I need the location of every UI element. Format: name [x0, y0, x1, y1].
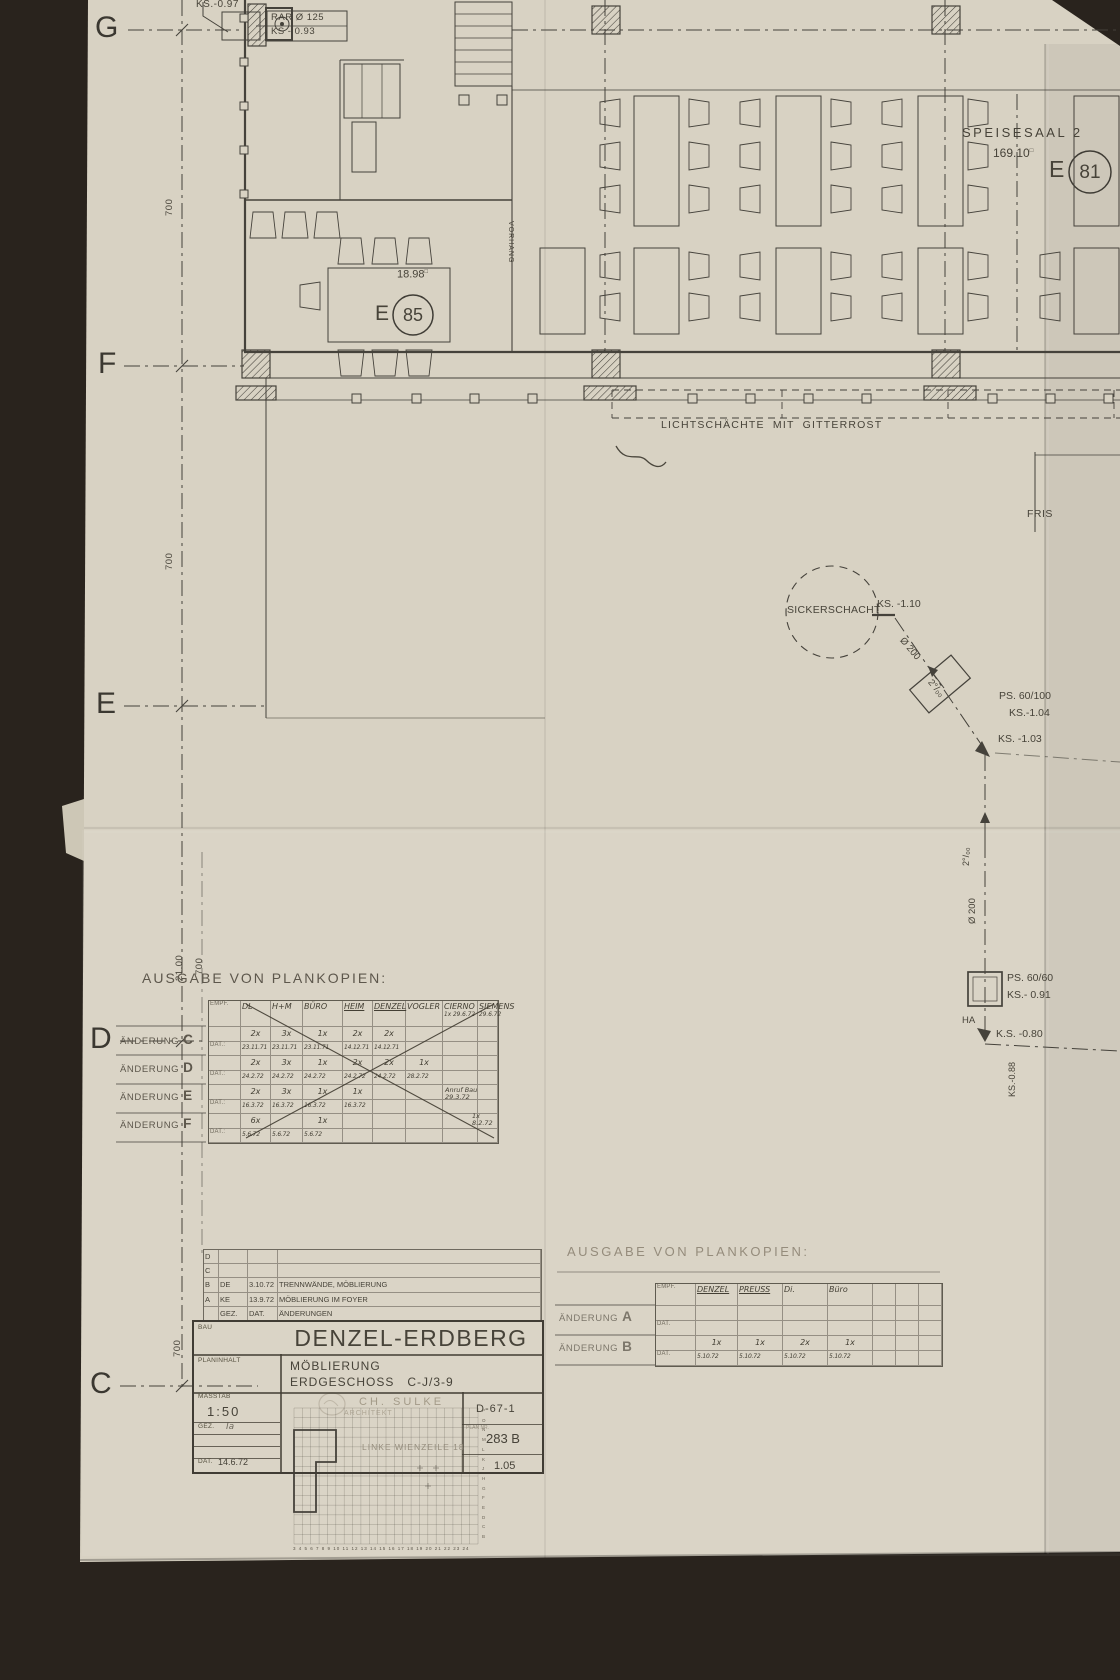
div-c: 2x: [783, 1336, 828, 1351]
div-c: 5.10.72: [696, 1351, 738, 1366]
i-c: [209, 1056, 241, 1071]
i-c: [896, 1306, 919, 1321]
rect: [1104, 394, 1113, 403]
div-c: DAT.: [248, 1307, 278, 1321]
room-area-speisesaal: 169.10□: [993, 147, 1033, 160]
table1-row-label-f: ÄNDERUNGF: [120, 1115, 191, 1133]
i-c: [919, 1284, 942, 1306]
label-ha: HA: [962, 1016, 975, 1026]
dim-700-mid: 700: [165, 553, 175, 570]
sheet-number: 283 B: [486, 1432, 520, 1446]
tag-e81-prefix: E: [1049, 157, 1064, 181]
dim-700-bottom: 700: [173, 1340, 183, 1357]
bau-label: BAU: [198, 1325, 212, 1332]
rect: [1046, 394, 1055, 403]
div-c: 24.2.72: [373, 1071, 406, 1086]
div-c: GEZ.: [219, 1307, 248, 1321]
stamp-address: LINKE WIENZEILE 18: [362, 1442, 465, 1452]
rect: [248, 4, 266, 46]
div-c: [443, 1071, 478, 1086]
grid-label-c: C: [90, 1368, 112, 1400]
span: 18.98: [397, 269, 425, 281]
div-c: 28.2.72: [406, 1071, 443, 1086]
div-c: BÜRO: [303, 1001, 343, 1027]
div-c: 1x: [343, 1085, 373, 1100]
i-c: [209, 1114, 241, 1129]
div-c: 3x: [271, 1056, 303, 1071]
label-ks091: KS.- 0.91: [1007, 990, 1051, 1001]
rect: [584, 386, 636, 400]
div-c: Büro: [828, 1284, 873, 1306]
div-c: MÖBLIERUNG IM FOYER: [278, 1293, 541, 1307]
div-c: [478, 1042, 498, 1057]
plan-content-1: MÖBLIERUNG: [290, 1360, 381, 1373]
div-ln: [194, 1392, 542, 1394]
rect: [470, 394, 479, 403]
div-c: [478, 1027, 498, 1042]
key-plan-numbers: 3 4 5 6 7 8 9 10 11 12 13 14 15 16 17 18…: [293, 1547, 470, 1552]
distribution-table-1: EMPF. DL H+M BÜRO HEIM DENZEL VOGLER CIE…: [208, 1000, 499, 1144]
div-c: DL: [241, 1001, 271, 1027]
span: ÄNDERUNG: [120, 1036, 179, 1047]
b: C: [183, 1032, 193, 1047]
grid-label-g: G: [95, 12, 118, 44]
tag-e85-prefix: E: [375, 303, 389, 325]
i-c: [896, 1336, 919, 1351]
div-c: [828, 1306, 873, 1321]
div-c: [738, 1306, 783, 1321]
div-c: 1x: [696, 1336, 738, 1351]
label-ks103: KS. -1.03: [998, 734, 1042, 745]
div-c: CIERNO1x 29.6.72: [443, 1001, 478, 1027]
rect: [240, 58, 248, 66]
plan-content-2: ERDGESCHOSS C-J/3-9: [290, 1376, 454, 1389]
span: ÄNDERUNG: [559, 1313, 618, 1324]
table1-note-anruf: Anruf Bau 29.3.72: [445, 1087, 477, 1101]
div-c: 14.12.71: [343, 1042, 373, 1057]
label-fris: FRIS: [1027, 509, 1053, 520]
div-c: 13.9.72: [248, 1293, 278, 1307]
div-c: 23.11.71: [303, 1042, 343, 1057]
div-c: [406, 1100, 443, 1115]
div-c: 1x: [303, 1114, 343, 1129]
div-c: [478, 1071, 498, 1086]
div-c: [406, 1129, 443, 1144]
masstab-label: MASSTAB: [198, 1394, 231, 1401]
label-ks093: KS - 0.93: [271, 27, 315, 37]
i-c: [278, 1250, 541, 1264]
div-c: 24.2.72: [271, 1071, 303, 1086]
i-c: [919, 1321, 942, 1336]
div-c: [738, 1321, 783, 1336]
revision-table: D C B DE 3.10.72 TRENNWÄNDE, MÖBLIERUNG …: [203, 1249, 542, 1322]
grid-label-e: E: [96, 688, 116, 720]
div-c: DAT.:: [209, 1129, 241, 1144]
table1-note-siemens: 1x 8.2.72: [472, 1113, 493, 1127]
stamp-name: CH. SULKE: [359, 1396, 444, 1408]
div-c: 2x: [241, 1027, 271, 1042]
div-c: 2x: [241, 1085, 271, 1100]
div-ln: [462, 1454, 542, 1455]
rect: [412, 394, 421, 403]
div-c: HEIM: [343, 1001, 373, 1027]
div-c: [478, 1100, 498, 1115]
span: ÄNDERUNG: [120, 1064, 179, 1075]
rect: [988, 394, 997, 403]
div-c: 3x: [271, 1027, 303, 1042]
div-c: [373, 1114, 406, 1129]
label-ks080: K.S. -0.80: [996, 1029, 1043, 1040]
rect: [236, 386, 276, 400]
label-ks104: KS.-1.04: [1009, 708, 1050, 719]
span: ÄNDERUNG: [559, 1343, 618, 1354]
div-ln: [462, 1392, 464, 1472]
div-c: [373, 1129, 406, 1144]
sqm-mark: □: [1030, 148, 1034, 154]
div-c: 2x: [343, 1027, 373, 1042]
index-number: 1.05: [494, 1461, 515, 1473]
div-c: [373, 1100, 406, 1115]
label-vorhang: VORHANG: [507, 221, 514, 263]
div-ln: [194, 1434, 280, 1435]
div-c: [443, 1027, 478, 1042]
key-plan-letters: P O N M L K J H G F E D C B: [482, 1406, 486, 1542]
rect: [242, 350, 270, 378]
div-c: [783, 1306, 828, 1321]
div-c: [696, 1321, 738, 1336]
div-c: [406, 1027, 443, 1042]
div-c: [696, 1306, 738, 1321]
div-c: VOGLER: [406, 1001, 443, 1027]
div-c: 16.3.72: [343, 1100, 373, 1115]
div-c: Di.: [783, 1284, 828, 1306]
div: SIEMENS: [479, 1002, 496, 1011]
div-c: ÄNDERUNGEN: [278, 1307, 541, 1321]
div-c: [271, 1114, 303, 1129]
i-c: [248, 1250, 278, 1264]
div-c: DAT.: [656, 1321, 696, 1336]
i-c: [209, 1085, 241, 1100]
div-c: TRENNWÄNDE, MÖBLIERUNG: [278, 1278, 541, 1292]
div-c: H+M: [271, 1001, 303, 1027]
distribution-table-2: EMPF. DENZEL PREUSS Di. Büro DAT. 1x1x 2…: [655, 1283, 943, 1367]
div-c: 24.2.72: [343, 1071, 373, 1086]
div-c: [373, 1085, 406, 1100]
div-c: 16.3.72: [303, 1100, 343, 1115]
div-c: 23.11.71: [271, 1042, 303, 1057]
div-c: 1x: [303, 1027, 343, 1042]
label-slope-vert: 2°/₀₀: [962, 847, 971, 866]
div-ln: [280, 1354, 282, 1472]
span: ÄNDERUNG: [120, 1120, 179, 1131]
plan-drawing: [0, 0, 1120, 1680]
i-c: [219, 1250, 248, 1264]
div-c: [406, 1085, 443, 1100]
div-c: [406, 1114, 443, 1129]
i-c: [219, 1264, 248, 1278]
label-ks110: KS. -1.10: [877, 599, 921, 610]
div-c: 5.10.72: [828, 1351, 873, 1366]
div-c: [343, 1129, 373, 1144]
i-c: [656, 1336, 696, 1351]
b: A: [622, 1309, 632, 1324]
div-c: DENZEL: [373, 1001, 406, 1027]
i-c: [656, 1306, 696, 1321]
div-c: 14.12.71: [373, 1042, 406, 1057]
rect: [746, 394, 755, 403]
rect: [240, 146, 248, 154]
rect: [240, 102, 248, 110]
i-c: [248, 1264, 278, 1278]
div-c: A: [204, 1293, 219, 1307]
i-c: [204, 1307, 219, 1321]
room-area-e85: 18.98□: [397, 269, 428, 281]
div-c: 6x: [241, 1114, 271, 1129]
label-lichtschaechte: LICHTSCHÄCHTE MIT GITTERROST: [661, 420, 882, 431]
span: 169.10: [993, 146, 1030, 160]
div-c: [443, 1056, 478, 1071]
div-sub: 29.6.72: [479, 1012, 496, 1018]
div-c: 5.10.72: [783, 1351, 828, 1366]
div-c: 3.10.72: [248, 1278, 278, 1292]
div-sub: 1x 29.6.72: [444, 1012, 476, 1018]
rect: [528, 394, 537, 403]
div-c: 24.2.72: [241, 1071, 271, 1086]
i-c: [873, 1306, 896, 1321]
div-c: D: [204, 1250, 219, 1264]
i-c: [873, 1321, 896, 1336]
div-c: 1x: [828, 1336, 873, 1351]
table1-heading: AUSGABE VON PLANKOPIEN:: [142, 971, 387, 986]
div-c: 1x: [303, 1085, 343, 1100]
div-c: 24.2.72: [303, 1071, 343, 1086]
tag-e81-number: 81: [1070, 163, 1110, 183]
rect: [932, 350, 960, 378]
div-c: 5.10.72: [738, 1351, 783, 1366]
div-c: DAT.: [656, 1351, 696, 1366]
table1-row-label-e: ÄNDERUNGE: [120, 1087, 192, 1105]
grid-label-f: F: [98, 348, 116, 380]
i-c: [873, 1351, 896, 1366]
rect: [240, 190, 248, 198]
dim-700-top: 700: [165, 199, 175, 216]
div: CIERNO: [444, 1002, 476, 1011]
dat-label: DAT.: [198, 1459, 213, 1466]
i-c: [278, 1264, 541, 1278]
dat-value: 14.6.72: [218, 1458, 248, 1467]
rect: [924, 386, 976, 400]
rect: [932, 6, 960, 34]
rect: [592, 350, 620, 378]
div-c: 2x: [373, 1056, 406, 1071]
b: F: [183, 1116, 191, 1131]
i-c: [896, 1284, 919, 1306]
rect: [352, 394, 361, 403]
i-c: [873, 1336, 896, 1351]
rect: [688, 394, 697, 403]
i-c: [919, 1351, 942, 1366]
gez-label: GEZ.: [198, 1424, 214, 1431]
label-ks097: KS.-0.97: [196, 0, 239, 11]
grid-label-d: D: [90, 1023, 112, 1055]
div-c: [478, 1085, 498, 1100]
i-c: [896, 1321, 919, 1336]
div-c: 2x: [343, 1056, 373, 1071]
sqm-mark: □: [425, 269, 429, 275]
div-c: 3x: [271, 1085, 303, 1100]
planinhalt-label: PLANINHALT: [198, 1358, 241, 1365]
div-c: PREUSS: [738, 1284, 783, 1306]
b: B: [622, 1339, 632, 1354]
table1-row-label-c: ÄNDERUNGC: [120, 1031, 193, 1049]
table1-row-label-d: ÄNDERUNGD: [120, 1059, 193, 1077]
label-sickerschacht: SICKERSCHACHT: [787, 605, 881, 616]
span: ÄNDERUNG: [120, 1092, 179, 1103]
room-name-speisesaal: SPEISESAAL 2: [962, 126, 1083, 140]
div-c: SIEMENS29.6.72: [478, 1001, 498, 1027]
div-c: [343, 1114, 373, 1129]
div-c: EMPF.: [656, 1284, 696, 1306]
div-c: 16.3.72: [271, 1100, 303, 1115]
div-c: 1x: [303, 1056, 343, 1071]
div-c: DENZEL: [696, 1284, 738, 1306]
div-c: 16.3.72: [241, 1100, 271, 1115]
div-c: EMPF.: [209, 1001, 241, 1027]
div-c: 2x: [241, 1056, 271, 1071]
div-ln: [194, 1446, 280, 1447]
div-c: [478, 1129, 498, 1144]
blueprint-scan: G F E D C 700 700 21.00 700 700 KS.-0.97…: [0, 0, 1120, 1680]
div-c: 5.6.72: [303, 1129, 343, 1144]
i-c: [919, 1306, 942, 1321]
div-c: [406, 1042, 443, 1057]
rect: [240, 14, 248, 22]
b: D: [183, 1060, 193, 1075]
div-c: [478, 1056, 498, 1071]
div-c: DE: [219, 1278, 248, 1292]
label-ps60100: PS. 60/100: [999, 691, 1051, 702]
table2-row-label-b: ÄNDERUNGB: [559, 1338, 632, 1356]
table2-row-label-a: ÄNDERUNGA: [559, 1308, 632, 1326]
div-c: DAT.:: [209, 1042, 241, 1057]
div-c: B: [204, 1278, 219, 1292]
div-c: [783, 1321, 828, 1336]
div-c: 23.11.71: [241, 1042, 271, 1057]
div-c: 5.6.72: [271, 1129, 303, 1144]
i-c: [896, 1351, 919, 1366]
label-ks088: KS.-0.88: [1008, 1062, 1017, 1097]
div-c: 1x: [738, 1336, 783, 1351]
div-ln: [194, 1354, 542, 1356]
div-c: DAT.:: [209, 1100, 241, 1115]
div-c: [828, 1321, 873, 1336]
table2-heading: AUSGABE VON PLANKOPIEN:: [567, 1245, 809, 1259]
div-c: [443, 1129, 478, 1144]
tag-e85-number: 85: [393, 306, 433, 325]
b: E: [183, 1088, 192, 1103]
div-c: 5.6.72: [241, 1129, 271, 1144]
i-c: [919, 1336, 942, 1351]
project-title: DENZEL-ERDBERG: [282, 1326, 540, 1350]
rect: [592, 6, 620, 34]
div-c: [443, 1042, 478, 1057]
stamp-title: ARCHITEKT: [344, 1410, 393, 1417]
div-c: DAT.:: [209, 1071, 241, 1086]
label-rar: RAR Ø 125: [271, 13, 324, 23]
label-dia200-vert: Ø 200: [968, 898, 978, 924]
polygon: [62, 799, 84, 861]
masstab-value: 1:50: [207, 1405, 240, 1419]
div-c: 2x: [373, 1027, 406, 1042]
title-block: BAU DENZEL-ERDBERG PLANINHALT MÖBLIERUNG…: [192, 1320, 544, 1474]
rect: [804, 394, 813, 403]
i-c: [209, 1027, 241, 1042]
gez-mark: Ia: [226, 1423, 234, 1432]
label-ps6060: PS. 60/60: [1007, 973, 1053, 984]
i-c: [873, 1284, 896, 1306]
rect: [862, 394, 871, 403]
div-c: 1x: [406, 1056, 443, 1071]
div-c: KE: [219, 1293, 248, 1307]
div-c: C: [204, 1264, 219, 1278]
